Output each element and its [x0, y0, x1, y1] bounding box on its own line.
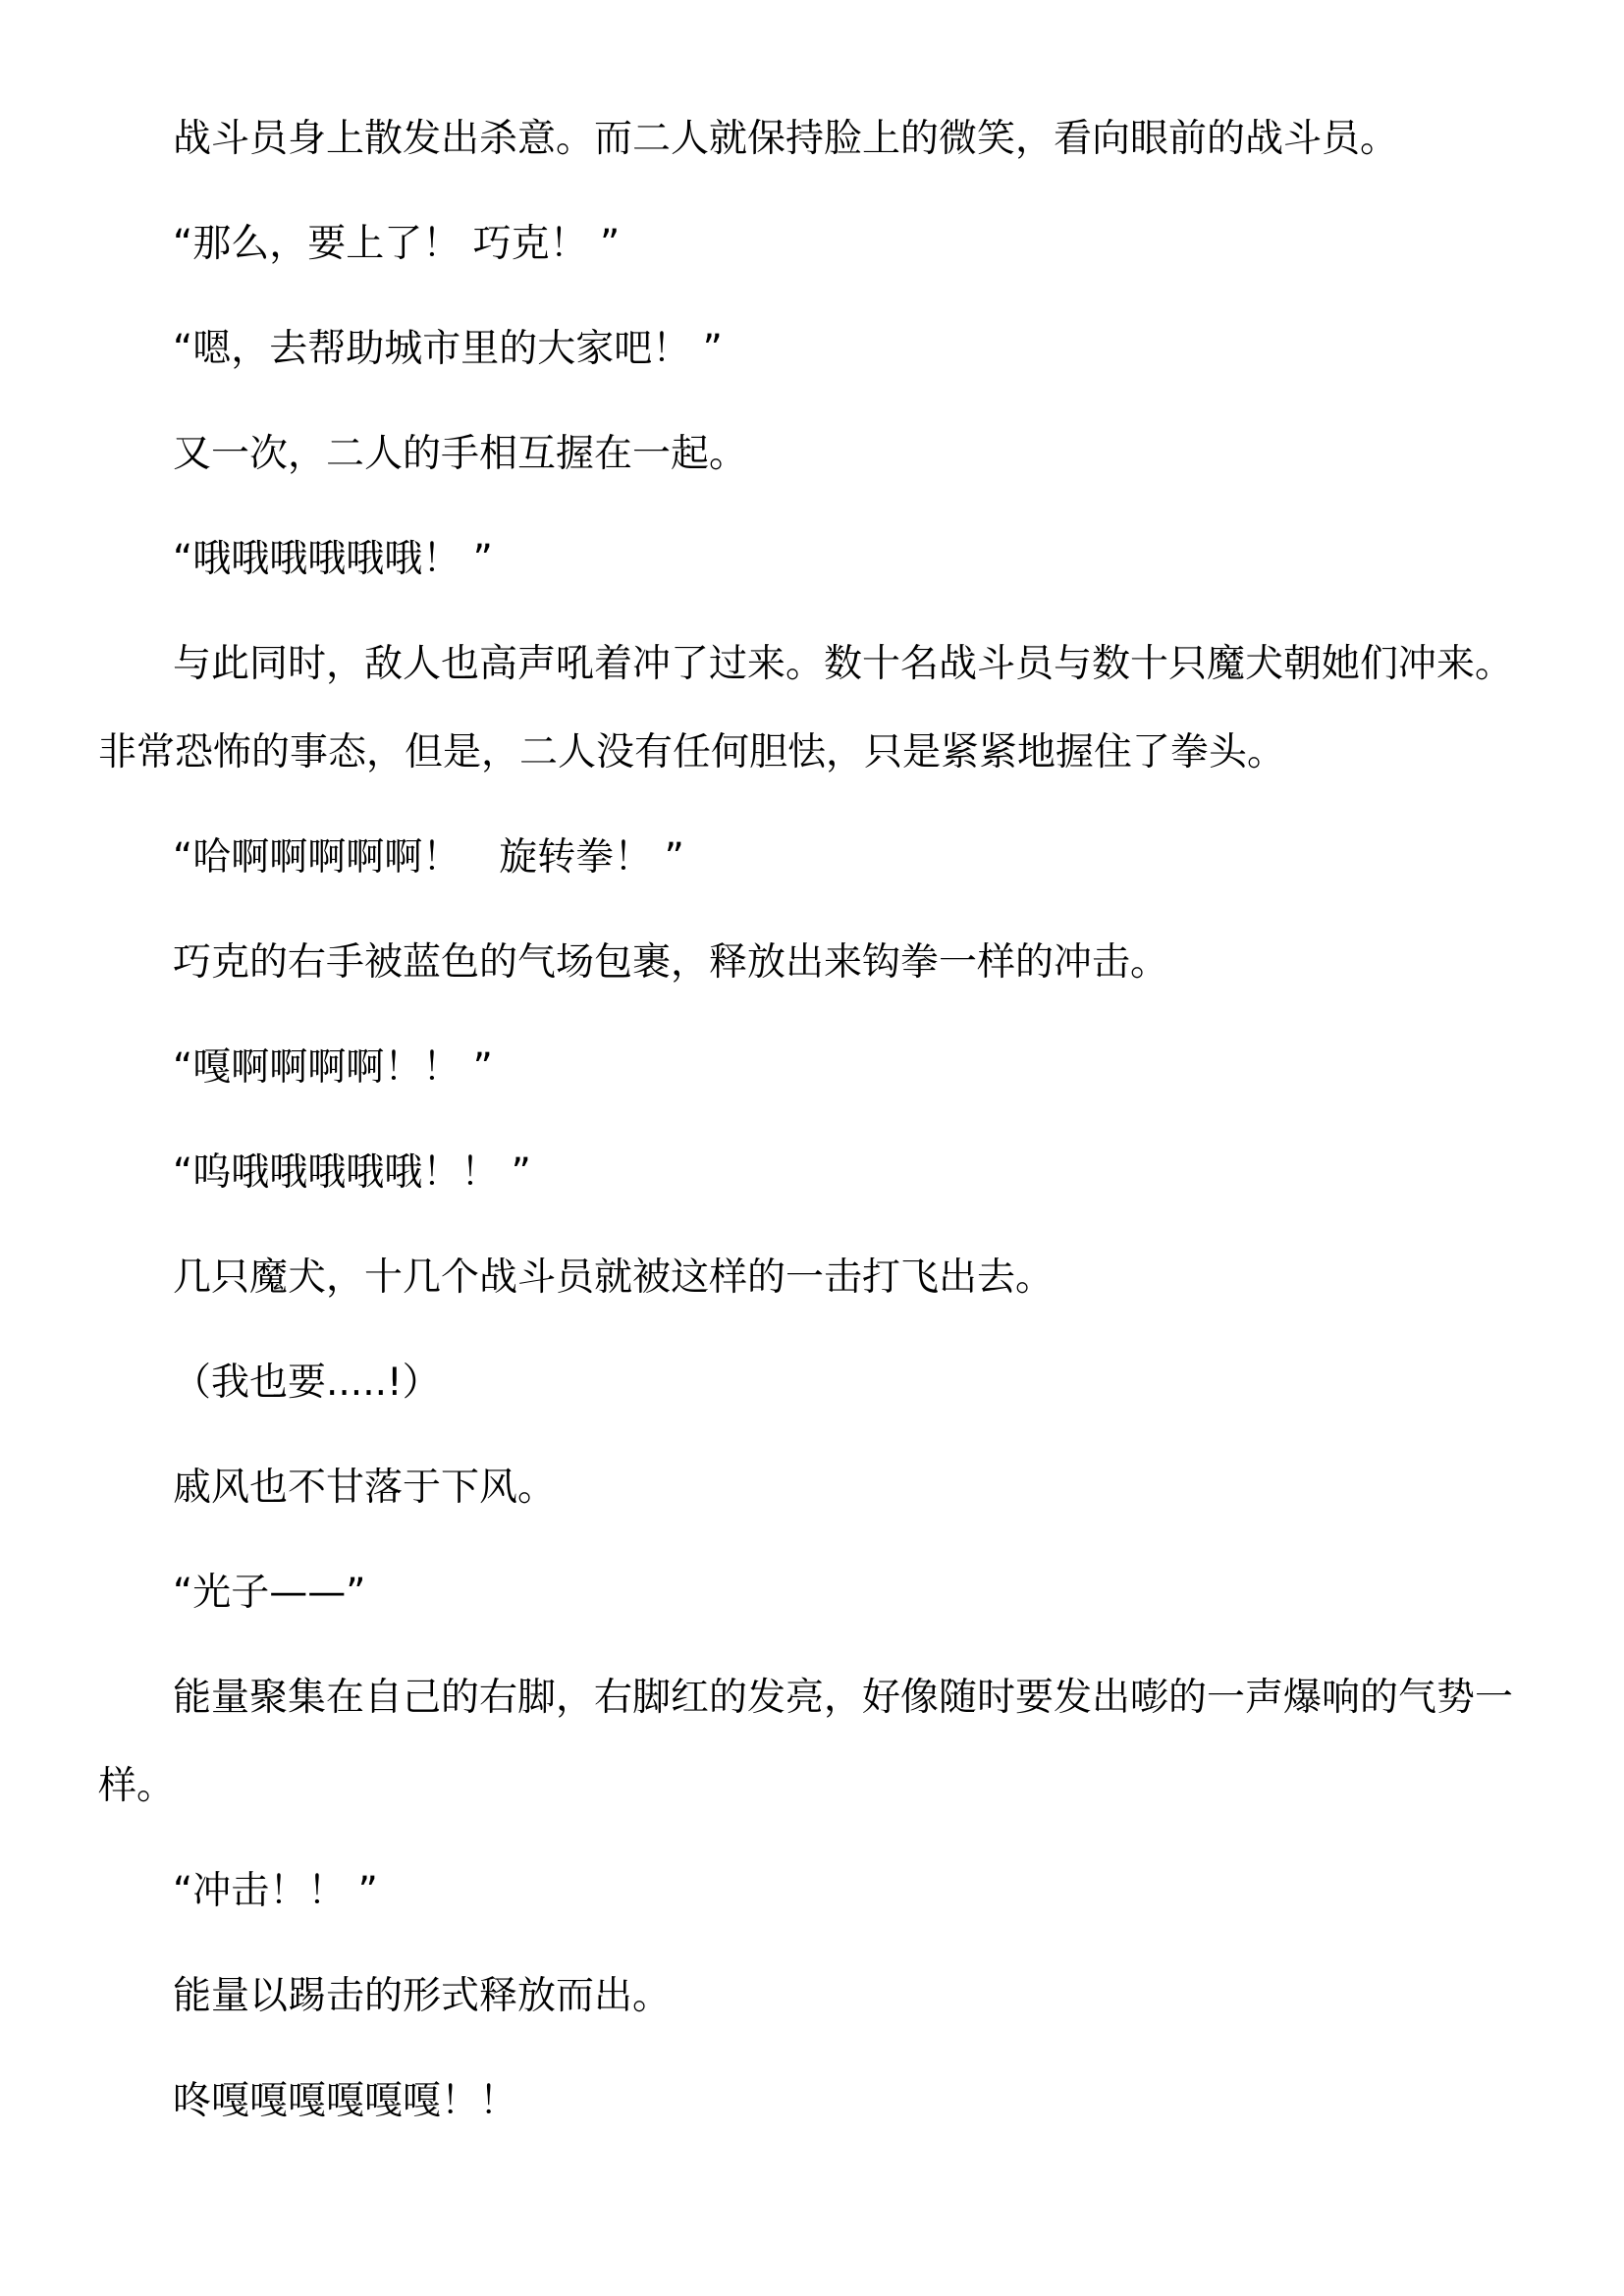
text-line: 巧克的右手被蓝色的气场包裹，释放出来钩拳一样的冲击。 [98, 919, 1595, 1007]
paragraph: 能量聚集在自己的右脚，右脚红的发亮，好像随时要发出嘭的一声爆响的气势一样。 [98, 1654, 1595, 1831]
text-line: “嗯，去帮助城市里的大家吧！ ” [98, 305, 1595, 394]
paragraph: “冲击！！ ” [98, 1847, 1595, 1936]
text-line: 又一次，二人的手相互握在一起。 [98, 410, 1595, 499]
text-line: 样。 [98, 1742, 1595, 1831]
text-line: 咚嘎嘎嘎嘎嘎嘎！！ [98, 2057, 1595, 2146]
text-line: 与此同时，敌人也高声吼着冲了过来。数十名战斗员与数十只魔犬朝她们冲来。 [98, 620, 1595, 709]
paragraph: （我也要.....!） [98, 1339, 1595, 1427]
text-line: “呜哦哦哦哦哦！！ ” [98, 1129, 1595, 1217]
text-line: 几只魔犬，十几个战斗员就被这样的一击打飞出去。 [98, 1234, 1595, 1322]
paragraph: “呜哦哦哦哦哦！！ ” [98, 1129, 1595, 1217]
text-line: “冲击！！ ” [98, 1847, 1595, 1936]
paragraph: “光子——” [98, 1549, 1595, 1637]
document-page: 战斗员身上散发出杀意。而二人就保持脸上的微笑，看向眼前的战斗员。“那么，要上了！… [0, 0, 1624, 2296]
text-line: “哦哦哦哦哦哦！ ” [98, 515, 1595, 604]
text-line: “哈啊啊啊啊啊！ 旋转拳！ ” [98, 814, 1595, 902]
paragraph: 战斗员身上散发出杀意。而二人就保持脸上的微笑，看向眼前的战斗员。 [98, 95, 1595, 184]
paragraph: 巧克的右手被蓝色的气场包裹，释放出来钩拳一样的冲击。 [98, 919, 1595, 1007]
document-text-body: 战斗员身上散发出杀意。而二人就保持脸上的微笑，看向眼前的战斗员。“那么，要上了！… [98, 95, 1595, 2146]
paragraph: 能量以踢击的形式释放而出。 [98, 1952, 1595, 2041]
text-line: 非常恐怖的事态，但是，二人没有任何胆怯，只是紧紧地握住了拳头。 [98, 709, 1595, 797]
text-line: 能量聚集在自己的右脚，右脚红的发亮，好像随时要发出嘭的一声爆响的气势一 [98, 1654, 1595, 1742]
text-line: 戚风也不甘落于下风。 [98, 1444, 1595, 1532]
text-line: “那么，要上了！ 巧克！ ” [98, 200, 1595, 289]
text-line: 能量以踢击的形式释放而出。 [98, 1952, 1595, 2041]
paragraph: 又一次，二人的手相互握在一起。 [98, 410, 1595, 499]
paragraph: “嗯，去帮助城市里的大家吧！ ” [98, 305, 1595, 394]
text-line: “嘎啊啊啊啊！！ ” [98, 1024, 1595, 1112]
paragraph: 几只魔犬，十几个战斗员就被这样的一击打飞出去。 [98, 1234, 1595, 1322]
paragraph: “哈啊啊啊啊啊！ 旋转拳！ ” [98, 814, 1595, 902]
paragraph: “那么，要上了！ 巧克！ ” [98, 200, 1595, 289]
text-line: （我也要.....!） [98, 1339, 1595, 1427]
paragraph: 咚嘎嘎嘎嘎嘎嘎！！ [98, 2057, 1595, 2146]
paragraph: 与此同时，敌人也高声吼着冲了过来。数十名战斗员与数十只魔犬朝她们冲来。非常恐怖的… [98, 620, 1595, 797]
paragraph: 戚风也不甘落于下风。 [98, 1444, 1595, 1532]
paragraph: “嘎啊啊啊啊！！ ” [98, 1024, 1595, 1112]
text-line: “光子——” [98, 1549, 1595, 1637]
paragraph: “哦哦哦哦哦哦！ ” [98, 515, 1595, 604]
text-line: 战斗员身上散发出杀意。而二人就保持脸上的微笑，看向眼前的战斗员。 [98, 95, 1595, 184]
